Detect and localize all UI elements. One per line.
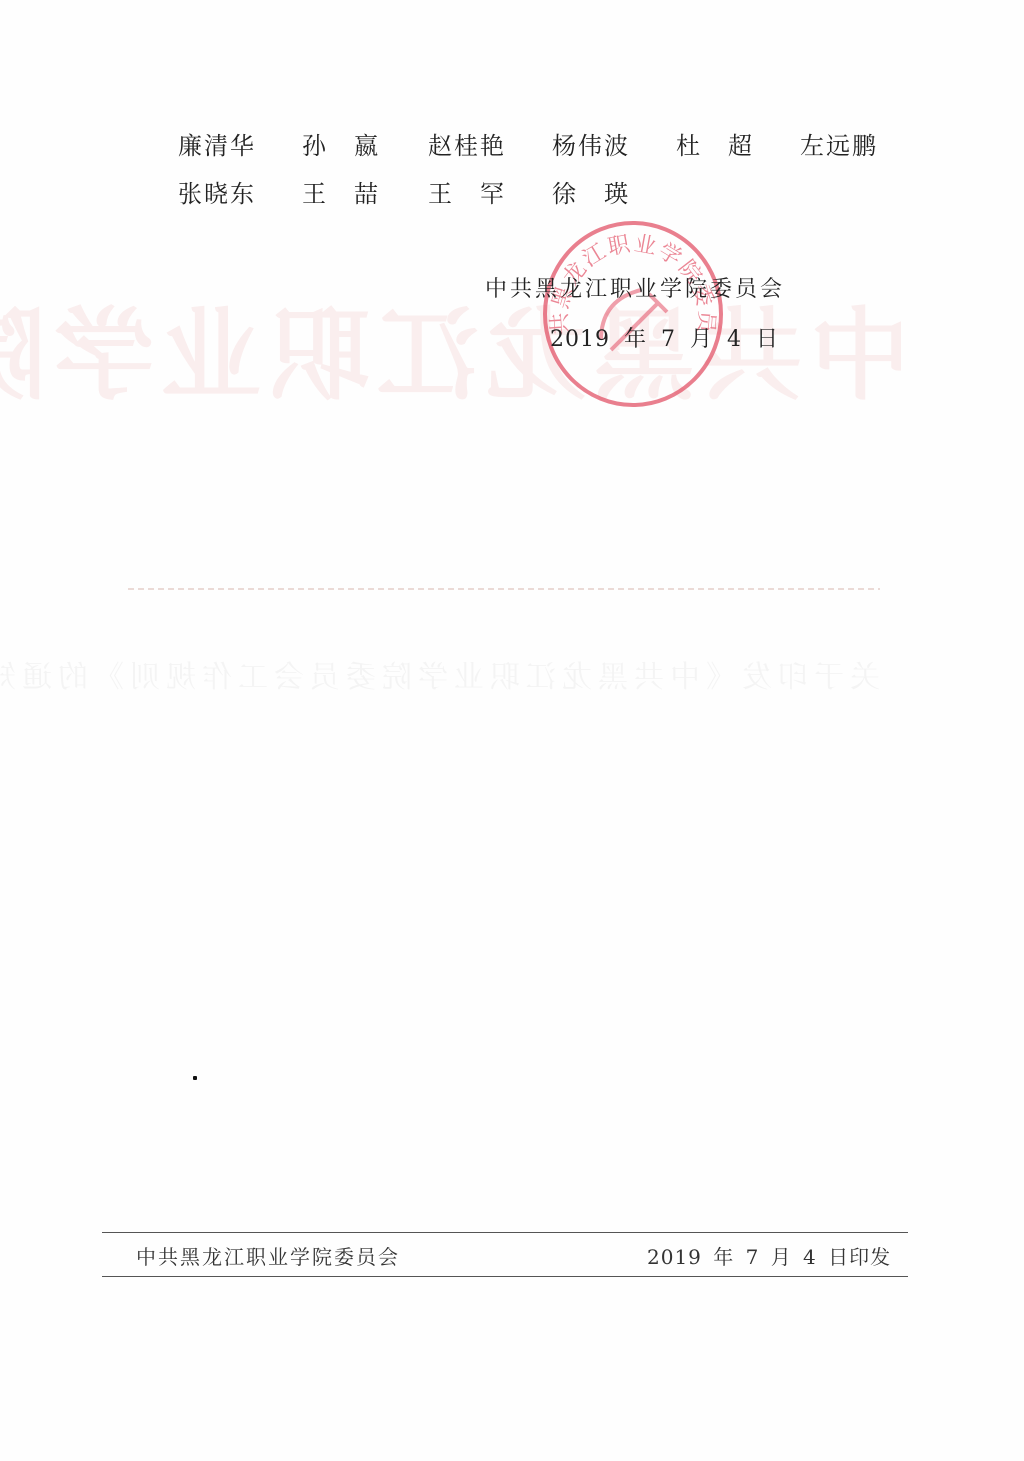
bleed-through-body [150,800,880,831]
footer-bottom-rule [102,1276,908,1277]
bleed-through-header: 中共黑龙江职业学院委员会文件 [120,290,910,420]
signature-date: 2019 年 7 月 4 日 [550,322,779,353]
name-row: 张晓东 王 喆 王 罕 徐 瑛 [178,176,898,224]
member-name: 杨伟波 [552,128,630,164]
member-name: 王 喆 [302,176,380,212]
member-name: 张晓东 [178,176,256,212]
member-name: 赵桂艳 [428,128,506,164]
signature-organization: 中共黑龙江职业学院委员会 [485,272,785,303]
document-page: 中共黑龙江职业学院委员会文件 关于印发《中共黑龙江职业学院委员会工作规则》的通知… [0,0,1024,1461]
member-name: 左远鹏 [800,128,878,164]
member-name: 王 罕 [428,176,506,212]
member-name: 孙 嬴 [302,128,380,164]
footer-issuer: 中共黑龙江职业学院委员会 [136,1241,400,1270]
member-name: 徐 瑛 [552,176,630,212]
footer-print-date: 2019 年 7 月 4 日印发 [647,1241,891,1270]
scan-speck [193,1076,197,1080]
member-name: 廉清华 [178,128,256,164]
member-name: 杜 超 [676,128,754,164]
member-name-list: 廉清华 孙 嬴 赵桂艳 杨伟波 杜 超 左远鹏 张晓东 王 喆 王 罕 徐 瑛 [178,128,898,224]
name-row: 廉清华 孙 嬴 赵桂艳 杨伟波 杜 超 左远鹏 [178,128,898,176]
bleed-through-title: 关于印发《中共黑龙江职业学院委员会工作规则》的通知 [150,652,880,696]
bleed-through-divider [128,588,880,590]
footer-top-rule [102,1232,908,1233]
